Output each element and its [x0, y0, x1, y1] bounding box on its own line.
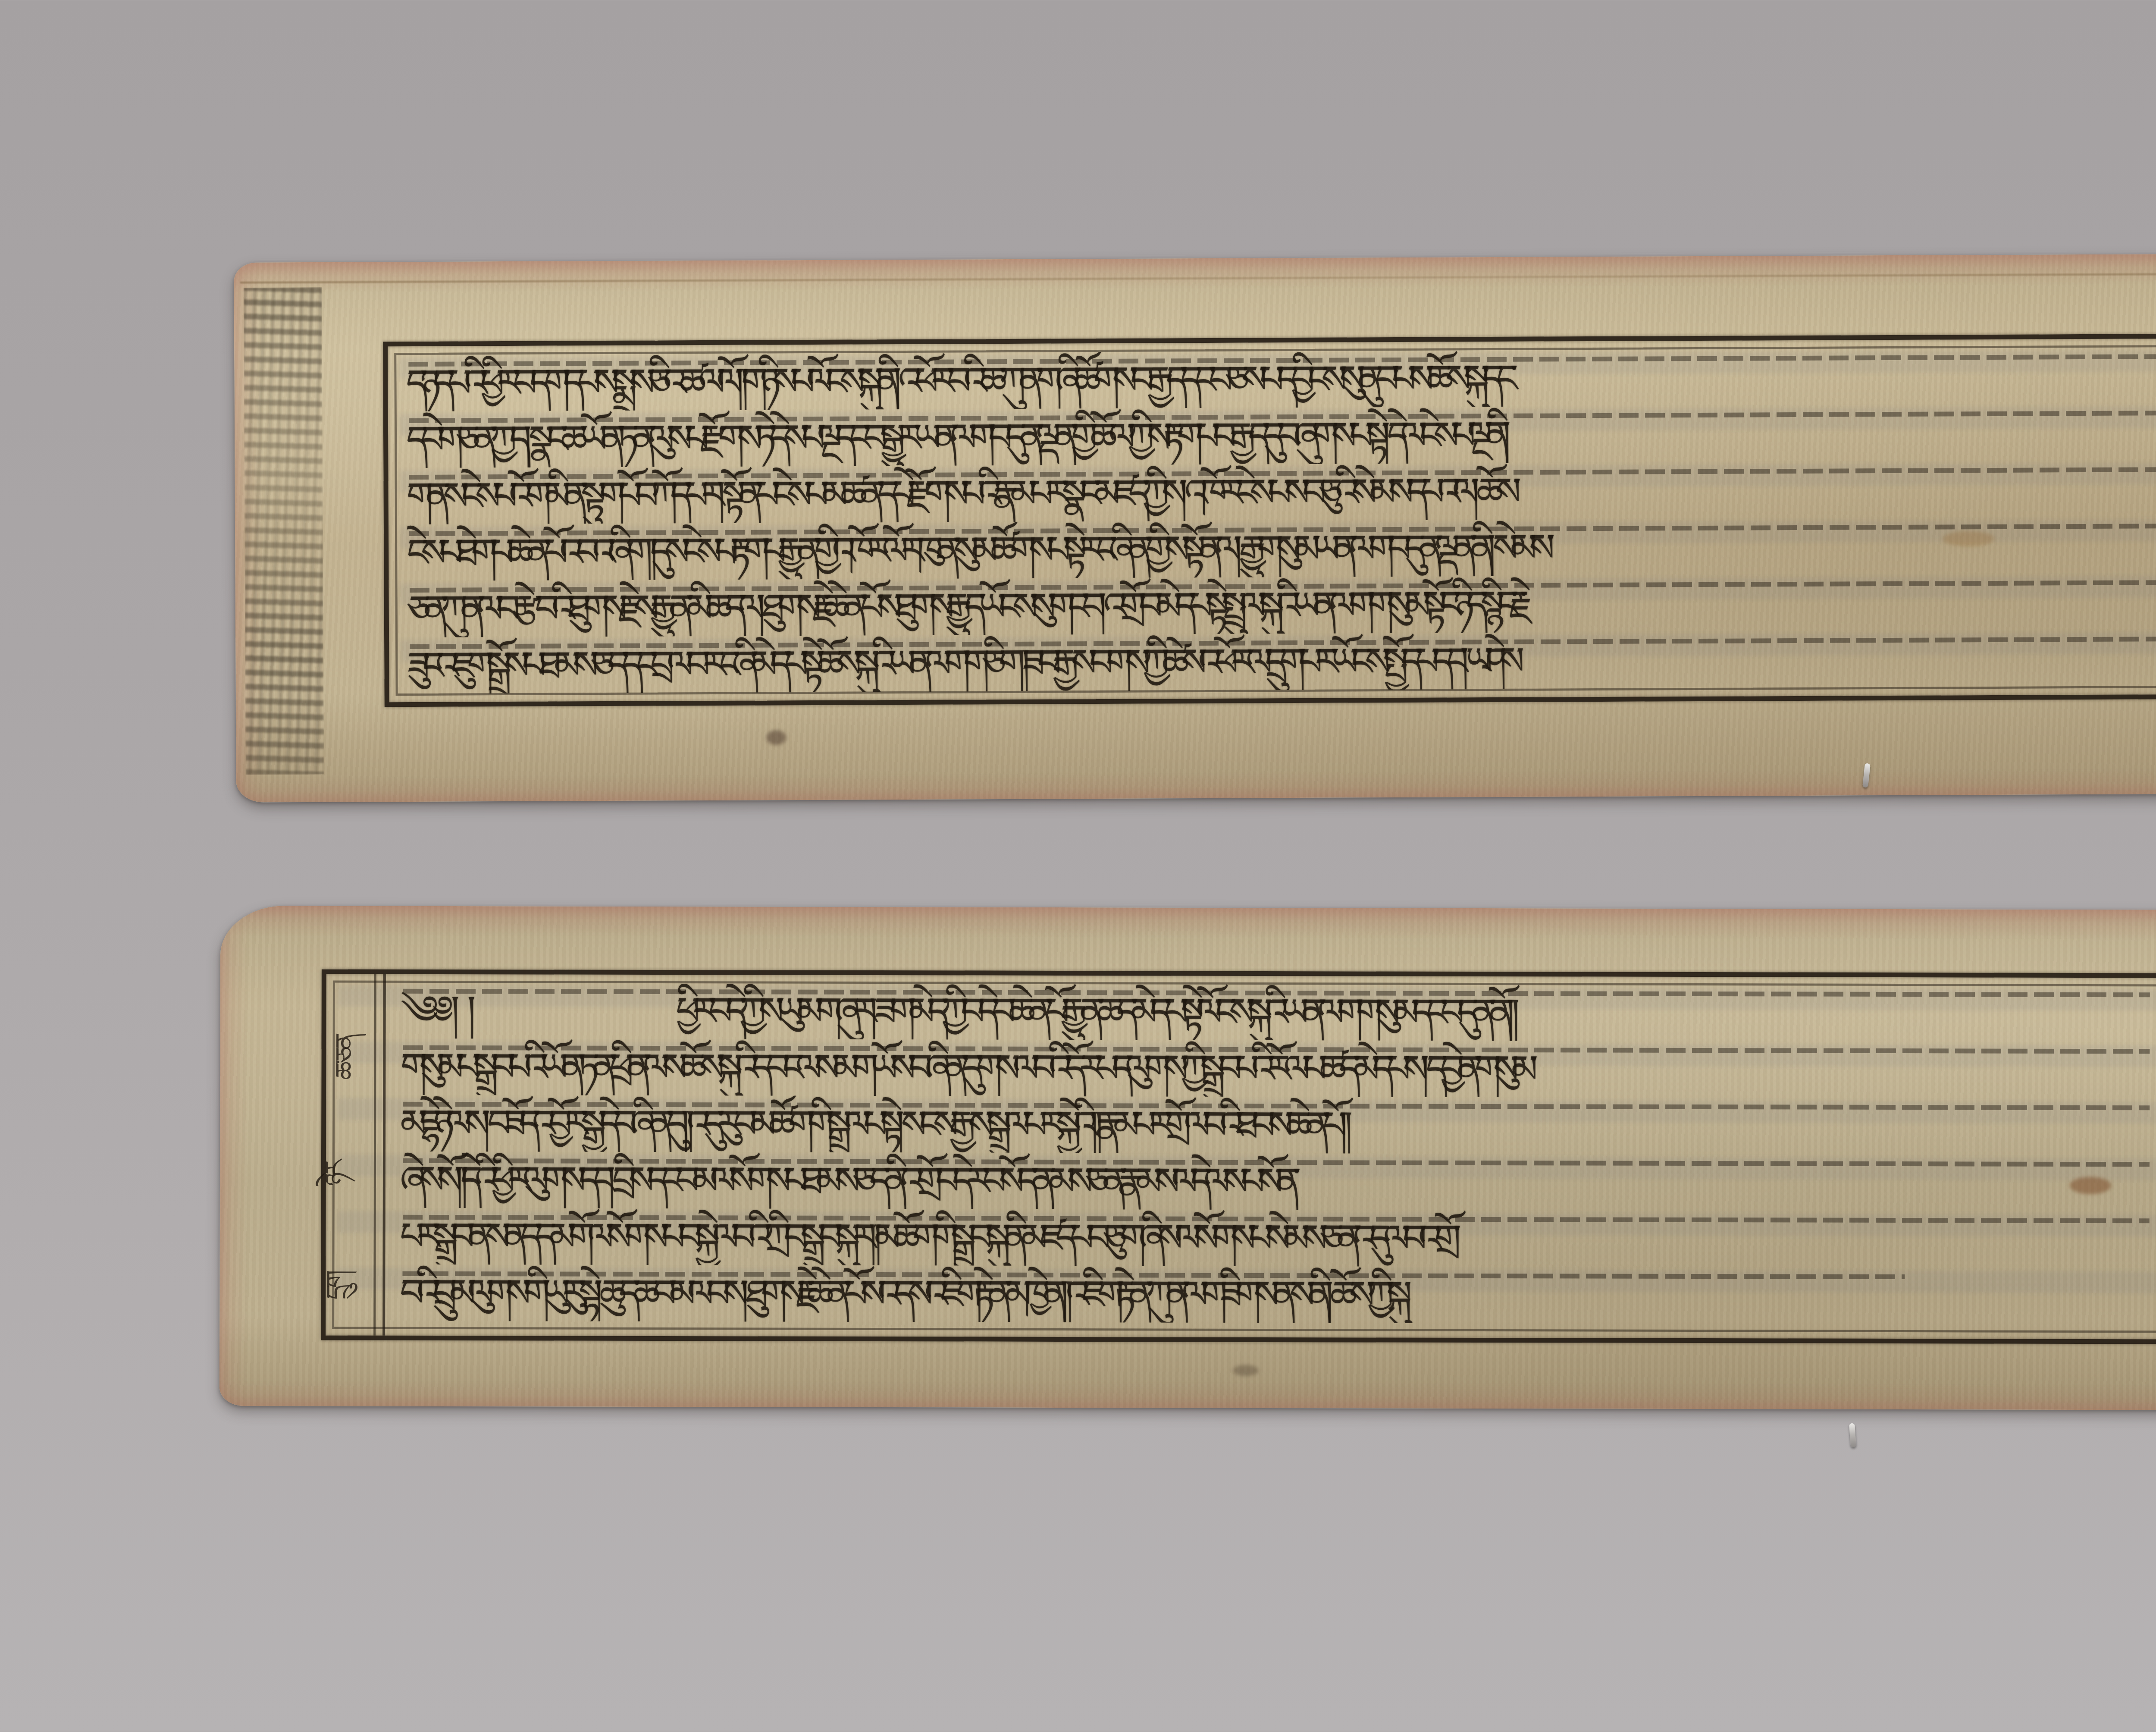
text-line: དབེ་གཅན་ཀྱད། སྣང་ཆ་ཡོན་ཏན་ལུས་པ་རྫོགས་ཏེ… — [406, 403, 2156, 468]
text-line: ༄༅། ། ཕྱིར་བདེ་ཀྱིས་ཡུ་མ་གཞུར། ཟག་མེད་ཀྱ… — [401, 982, 2156, 1042]
stain — [2070, 1177, 2111, 1194]
binding-pin — [1849, 1423, 1856, 1448]
offset-ink-smudge-strip — [244, 287, 324, 775]
text-line: ངེས་པ་ཐེག་པ་ཆེན་པོ་འབའ་ཞིག །དུས་ངེས་པ་རྟ… — [407, 516, 2156, 581]
line-gap-spacer — [473, 982, 676, 982]
text-line: གནས་ངེས་པ་འོག་མིན་སྟུག་པོ་བཀོད་པར། སྟོན་… — [406, 460, 2156, 524]
text-line: བའི་བྲུམ་ལུགས་གི་ཡུ་རུ་སྟེ། ཆུད་ཆབ་མ་ལབས… — [400, 1264, 1965, 1324]
upper-text-frame: ད་ཉད་པའི་ཕྱིར་བདག་དཔས་སྨྲས་ཅི་འཚལ་ལོ། །ག… — [383, 333, 2156, 707]
margin-column: ཆ་ཅན ཉེར དྲུག — [326, 974, 386, 1335]
stain — [766, 730, 786, 745]
text-line: ཅན་ཀུན་ལ་བརྩེ་བའི་ཐུགས་རྗེས་རྒྱུན་མི་ཆད་… — [407, 573, 2156, 637]
text-line: མ་དྷེ་ཉེ་ལས། བཟོད་འབྱོར་སྒྱ་དེ་བཞིན་དུ། … — [400, 1095, 2156, 1155]
text-line: ཞེས་སོ། །དེའི་ཕྱིར་ལུགས་དང་། བྲིས་དང་བམ་… — [400, 1152, 2156, 1212]
upper-text-block: ད་ཉད་པའི་ཕྱིར་བདག་དཔས་སྨྲས་ཅི་འཚལ་ལོ། །ག… — [406, 347, 2156, 694]
margin-label: ཉེར — [305, 1163, 378, 1186]
lower-text-frame: ཆ་ཅན ཉེར དྲུག ༄༅། ། ཕྱིར་བདེ་ཀྱིས་ཡུ་མ་ག… — [321, 969, 2156, 1344]
yig-mgo-head-mark: ༄༅། ། — [401, 982, 473, 1039]
photo-backdrop: { "scene": { "description": "Photograph … — [0, 0, 2156, 1732]
text-line: པར་སྒྲུབ་ནས་ནད་དམ་གོལ་སོགས་པ་བསྐྱེལ་བའི་… — [400, 1208, 2156, 1268]
upper-folio-paper: ད་ཉད་པའི་ཕྱིར་བདག་དཔས་སྨྲས་ཅི་འཚལ་ལོ། །ག… — [234, 253, 2156, 803]
margin-label: དྲུག — [307, 1273, 379, 1299]
margin-label: ཆ་ཅན — [316, 1036, 389, 1080]
text-line: གསུམ་པ་སྒྲུབ་པའི་ཡོན་ཏན་ཕྲིན་ལས་ཆོས་སྐུའ… — [400, 1039, 2156, 1099]
text-line: ད་ཉད་པའི་ཕྱིར་བདག་དཔས་སྨྲས་ཅི་འཚལ་ལོ། །ག… — [406, 347, 2156, 411]
text-line: ཟུང་འཇུག་སྒྲོས་པ་ཐམས་ཅད་དང་བྲལ་བ་རང་ཞི་མ… — [407, 629, 2156, 694]
text-line-continuation: ཕྱིར་བདེ་ཀྱིས་ཡུ་མ་གཞུར། ཟག་མེད་ཀྱི་བདེ་… — [676, 982, 1512, 1041]
lower-text-block: ༄༅། ། ཕྱིར་བདེ་ཀྱིས་ཡུ་མ་གཞུར། ཟག་མེད་ཀྱ… — [400, 982, 2156, 1325]
lower-folio-paper: ཆ་ཅན ཉེར དྲུག ༄༅། ། ཕྱིར་བདེ་ཀྱིས་ཡུ་མ་ག… — [219, 906, 2156, 1410]
stain — [1233, 1365, 1259, 1376]
under-leaf-ridge — [240, 272, 2156, 283]
